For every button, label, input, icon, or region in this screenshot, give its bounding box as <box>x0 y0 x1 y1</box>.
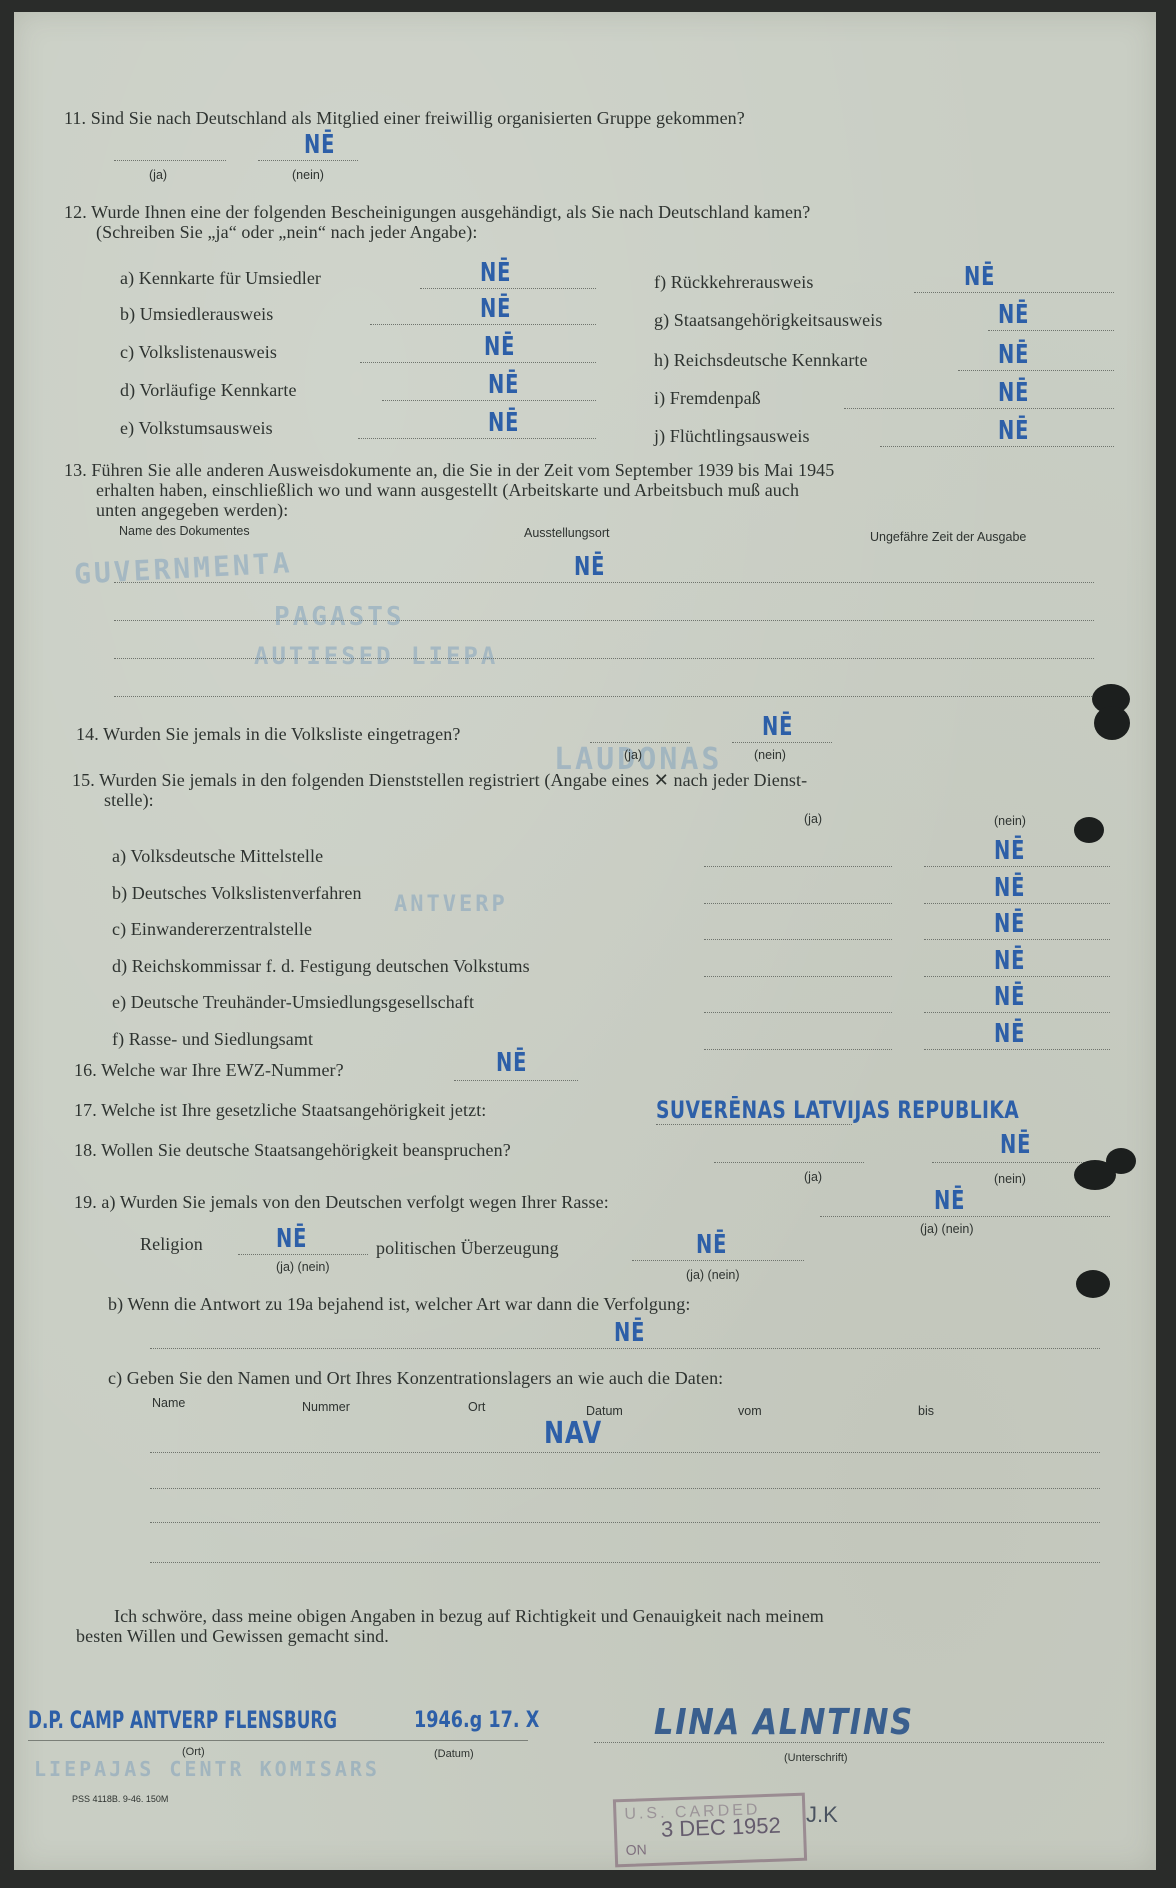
q17-text: 17. Welche ist Ihre gesetzliche Staatsan… <box>74 1100 486 1121</box>
signature-name: LINA ALNTINS <box>654 1702 914 1743</box>
signature-label: (Unterschrift) <box>784 1752 848 1764</box>
q18-ja-field[interactable] <box>714 1162 864 1163</box>
q15-nein-field[interactable] <box>924 939 1110 940</box>
q14-ja-field[interactable] <box>590 742 690 743</box>
q12-item-answer: NĒ <box>964 262 995 292</box>
q15-nein-field[interactable] <box>924 976 1110 977</box>
q19a-race-answer: NĒ <box>934 1186 965 1216</box>
religion-answer: NĒ <box>276 1224 307 1254</box>
received-stamp: U.S. CARDED 3 DEC 1952 ON <box>613 1793 807 1868</box>
q15-ja-field[interactable] <box>704 903 892 904</box>
q11-nein-field[interactable] <box>258 160 358 161</box>
q19c-field-2[interactable] <box>150 1488 1100 1489</box>
q15-item-answer: NĒ <box>994 946 1025 976</box>
q12-item-field[interactable] <box>958 370 1114 371</box>
religion-field[interactable] <box>238 1254 368 1255</box>
q15-item-label: c) Einwandererzentralstelle <box>112 919 312 940</box>
q17-field[interactable] <box>656 1124 852 1125</box>
q13-field-3[interactable] <box>114 658 1094 659</box>
show-through-text: ANTVERP <box>394 892 508 917</box>
q19c-field-4[interactable] <box>150 1562 1100 1563</box>
q12-item-label: b) Umsiedlerausweis <box>120 304 273 325</box>
q11-ja-field[interactable] <box>114 160 226 161</box>
q15-item-label: d) Reichskommissar f. d. Festigung deuts… <box>112 956 530 977</box>
q13-answer: NĒ <box>574 552 605 582</box>
signature-field[interactable] <box>594 1742 1104 1743</box>
q19c-field-3[interactable] <box>150 1522 1100 1523</box>
q12-item-field[interactable] <box>844 408 1114 409</box>
q13-field-4[interactable] <box>114 696 1094 697</box>
political-answer: NĒ <box>696 1230 727 1260</box>
q17-answer: SUVERĒNAS LATVIJAS REPUBLIKA <box>656 1096 1019 1124</box>
punch-hole <box>1076 1270 1110 1298</box>
place-field[interactable] <box>28 1740 528 1741</box>
stamp-on-label: ON <box>625 1841 647 1858</box>
q12-item-answer: NĒ <box>998 378 1029 408</box>
nein-label: (nein) <box>754 748 786 762</box>
q19c-field-1[interactable] <box>150 1452 1100 1453</box>
nein-label: (nein) <box>292 168 324 182</box>
nein-label: (nein) <box>994 814 1026 828</box>
col-issue-time: Ungefähre Zeit der Ausgabe <box>870 530 1026 544</box>
stamp-date: 3 DEC 1952 <box>661 1813 782 1843</box>
q15-item-answer: NĒ <box>994 1019 1025 1049</box>
show-through-text: LIEPAJAS CENTR KOMISARS <box>34 1757 380 1781</box>
political-label: politischen Überzeugung <box>376 1238 559 1259</box>
q15-item-answer: NĒ <box>994 982 1025 1012</box>
q12-text-line2: (Schreiben Sie „ja“ oder „nein“ nach jed… <box>96 222 477 243</box>
q12-item-field[interactable] <box>880 446 1114 447</box>
form-code: PSS 4118B. 9-46. 150M <box>72 1794 168 1804</box>
q19b-text: b) Wenn die Antwort zu 19a bejahend ist,… <box>108 1294 690 1315</box>
q12-item-answer: NĒ <box>484 332 515 362</box>
show-through-text: AUTIESED LIEPA <box>254 642 498 670</box>
q16-text: 16. Welche war Ihre EWZ-Nummer? <box>74 1060 344 1081</box>
show-through-text: PAGASTS <box>274 602 405 632</box>
q19a-race-field[interactable] <box>820 1216 1110 1217</box>
q12-item-answer: NĒ <box>998 300 1029 330</box>
q15-ja-field[interactable] <box>704 1012 892 1013</box>
col-document-name: Name des Dokumentes <box>119 524 250 538</box>
q19c-answer: NAV <box>544 1416 602 1451</box>
q15-item-label: e) Deutsche Treuhänder-Umsiedlungsgesell… <box>112 992 474 1013</box>
form-page: GUVERNMENTA PAGASTS AUTIESED LIEPA LAUDO… <box>14 12 1156 1870</box>
q15-ja-field[interactable] <box>704 866 892 867</box>
punch-hole <box>1106 1148 1136 1174</box>
q19c-column-header: Ort <box>468 1400 485 1414</box>
religion-label: Religion <box>140 1234 203 1255</box>
q15-nein-field[interactable] <box>924 1012 1110 1013</box>
political-field[interactable] <box>632 1260 804 1261</box>
q15-ja-field[interactable] <box>704 1049 892 1050</box>
q12-item-field[interactable] <box>370 324 596 325</box>
q14-nein-field[interactable] <box>732 742 832 743</box>
ja-label: (ja) <box>804 1170 822 1184</box>
q12-item-answer: NĒ <box>998 416 1029 446</box>
q19c-column-header: Datum <box>586 1404 623 1418</box>
q12-item-field[interactable] <box>360 362 596 363</box>
q12-item-label: d) Vorläufige Kennkarte <box>120 380 297 401</box>
q18-text: 18. Wollen Sie deutsche Staatsangehörigk… <box>74 1140 511 1161</box>
q15-text: 15. Wurden Sie jemals in den folgenden D… <box>72 770 807 791</box>
q12-item-label: c) Volkslistenausweis <box>120 342 277 363</box>
q13-field-2[interactable] <box>114 620 1094 621</box>
q12-item-answer: NĒ <box>480 294 511 324</box>
q15-item-label: b) Deutsches Volkslistenverfahren <box>112 883 362 904</box>
q11-answer: NĒ <box>304 130 335 160</box>
punch-hole <box>1074 817 1104 843</box>
q19c-column-header: vom <box>738 1404 762 1418</box>
place-label: (Ort) <box>182 1746 205 1758</box>
oath-line2: besten Willen und Gewissen gemacht sind. <box>76 1626 389 1647</box>
q16-field[interactable] <box>454 1080 578 1081</box>
q15-item-label: f) Rasse- und Siedlungsamt <box>112 1029 313 1050</box>
nein-label: (nein) <box>994 1172 1026 1186</box>
q15-item-answer: NĒ <box>994 836 1025 866</box>
q13-text-line3: unten angegeben werden): <box>96 500 288 521</box>
ja-nein-label: (ja) (nein) <box>276 1260 330 1274</box>
q12-item-field[interactable] <box>420 288 596 289</box>
q12-item-label: j) Flüchtlingsausweis <box>654 426 810 447</box>
q13-text-line2: erhalten haben, einschließlich wo und wa… <box>96 480 799 501</box>
q12-item-field[interactable] <box>988 330 1114 331</box>
q12-item-label: e) Volkstumsausweis <box>120 418 273 439</box>
q19b-answer: NĒ <box>614 1318 645 1348</box>
q14-answer: NĒ <box>762 712 793 742</box>
q12-item-label: f) Rückkehrerausweis <box>654 272 813 293</box>
q19a-text: 19. a) Wurden Sie jemals von den Deutsch… <box>74 1192 609 1213</box>
ja-label: (ja) <box>804 812 822 826</box>
q13-field-1[interactable] <box>114 582 1094 583</box>
ja-nein-label: (ja) (nein) <box>920 1222 974 1236</box>
q15-item-label: a) Volksdeutsche Mittelstelle <box>112 846 323 867</box>
q12-item-label: a) Kennkarte für Umsiedler <box>120 268 321 289</box>
q12-item-answer: NĒ <box>480 258 511 288</box>
ja-label: (ja) <box>149 168 167 182</box>
q12-text: 12. Wurde Ihnen eine der folgenden Besch… <box>64 202 810 223</box>
q12-item-answer: NĒ <box>998 340 1029 370</box>
q15-item-answer: NĒ <box>994 909 1025 939</box>
q12-item-field[interactable] <box>358 438 596 439</box>
q12-item-label: i) Fremdenpaß <box>654 388 761 409</box>
ja-label: (ja) <box>624 748 642 762</box>
q12-item-label: g) Staatsangehörigkeitsausweis <box>654 310 882 331</box>
q18-answer: NĒ <box>1000 1130 1031 1160</box>
punch-hole <box>1094 706 1130 740</box>
q15-ja-field[interactable] <box>704 939 892 940</box>
q15-text-line2: stelle): <box>104 790 154 811</box>
stamp-initials: J.K <box>806 1802 838 1828</box>
col-issue-place: Ausstellungsort <box>524 526 609 540</box>
q15-nein-field[interactable] <box>924 1049 1110 1050</box>
q19c-column-header: bis <box>918 1404 934 1418</box>
q15-item-answer: NĒ <box>994 873 1025 903</box>
q15-nein-field[interactable] <box>924 866 1110 867</box>
q13-text: 13. Führen Sie alle anderen Ausweisdokum… <box>64 460 834 481</box>
date-label: (Datum) <box>434 1748 474 1760</box>
q19c-column-header: Nummer <box>302 1400 350 1414</box>
q16-answer: NĒ <box>496 1048 527 1078</box>
q14-text: 14. Wurden Sie jemals in die Volksliste … <box>76 724 460 745</box>
q12-item-answer: NĒ <box>488 408 519 438</box>
q15-ja-field[interactable] <box>704 976 892 977</box>
q11-text: 11. Sind Sie nach Deutschland als Mitgli… <box>64 108 745 129</box>
q12-item-field[interactable] <box>914 292 1114 293</box>
q19b-field[interactable] <box>150 1348 1100 1349</box>
signature-date: 1946.g 17. X <box>414 1708 539 1733</box>
q12-item-label: h) Reichsdeutsche Kennkarte <box>654 350 868 371</box>
ja-nein-label: (ja) (nein) <box>686 1268 740 1282</box>
q15-nein-field[interactable] <box>924 903 1110 904</box>
q12-item-answer: NĒ <box>488 370 519 400</box>
oath-line1: Ich schwöre, dass meine obigen Angaben i… <box>114 1606 824 1627</box>
q19c-column-header: Name <box>152 1396 185 1410</box>
q19c-text: c) Geben Sie den Namen und Ort Ihres Kon… <box>108 1368 723 1389</box>
q12-item-field[interactable] <box>382 400 596 401</box>
show-through-text: GUVERNMENTA <box>73 546 293 590</box>
signature-place: D.P. CAMP ANTVERP FLENSBURG <box>28 1706 337 1734</box>
